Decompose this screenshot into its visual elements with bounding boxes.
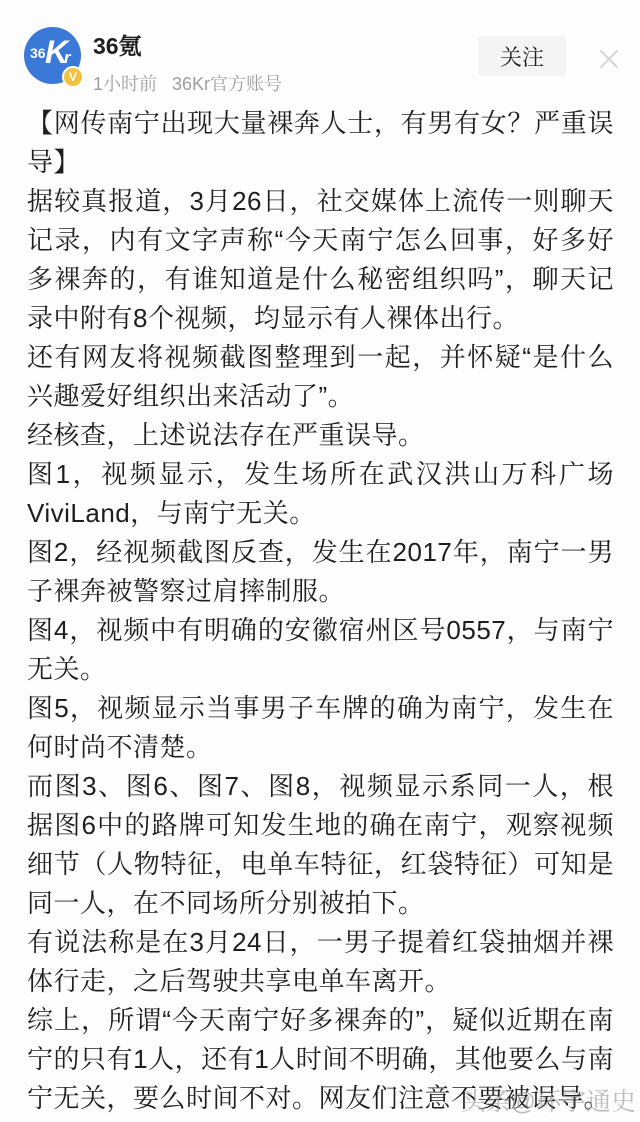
follow-button[interactable]: 关注 bbox=[478, 36, 566, 76]
post-title: 【网传南宁出现大量裸奔人士，有男有女？严重误导】 bbox=[27, 104, 614, 182]
avatar-brand-number: 36 bbox=[30, 45, 46, 61]
close-icon[interactable] bbox=[596, 46, 622, 72]
post-timestamp: 1小时前 bbox=[93, 70, 157, 96]
account-name[interactable]: 36氪 bbox=[93, 28, 282, 61]
post-paragraph: 图4，视频中有明确的安徽宿州区号0557，与南宁无关。 bbox=[27, 611, 614, 689]
close-icon-glyph bbox=[597, 47, 621, 71]
post-paragraph: 而图3、图6、图7、图8，视频显示系同一人，根据图6中的路牌可知发生地的确在南宁… bbox=[27, 767, 614, 923]
post-paragraph: 图5，视频显示当事男子车牌的确为南宁，发生在何时尚不清楚。 bbox=[27, 689, 614, 767]
post-paragraph: 图2，经视频截图反查，发生在2017年，南宁一男子裸奔被警察过肩摔制服。 bbox=[27, 533, 614, 611]
verified-badge-icon: V bbox=[62, 66, 84, 88]
account-meta: 1小时前 36Kr官方账号 bbox=[93, 70, 282, 96]
post-paragraph: 综上，所谓“今天南宁好多裸奔的”，疑似近期在南宁的只有1人，还有1人时间不明确，… bbox=[27, 1001, 614, 1118]
post-card: 36 K r V 36氪 1小时前 36Kr官方账号 关注 【网传南宁出现大量裸… bbox=[0, 0, 640, 1122]
user-info: 36氪 1小时前 36Kr官方账号 bbox=[93, 28, 282, 96]
post-header: 36 K r V 36氪 1小时前 36Kr官方账号 关注 bbox=[0, 0, 640, 100]
post-paragraph: 图1，视频显示，发生场所在武汉洪山万科广场ViviLand，与南宁无关。 bbox=[27, 455, 614, 533]
avatar-brand-r: r bbox=[64, 48, 71, 68]
post-paragraph: 还有网友将视频截图整理到一起，并怀疑“是什么兴趣爱好组织出来活动了”。 bbox=[27, 338, 614, 416]
post-paragraph: 经核查，上述说法存在严重误导。 bbox=[27, 416, 614, 455]
post-paragraph: 有说法称是在3月24日，一男子提着红袋抽烟并裸体行走，之后驾驶共享电单车离开。 bbox=[27, 923, 614, 1001]
post-paragraph: 据较真报道，3月26日，社交媒体上流传一则聊天记录，内有文字声称“今天南宁怎么回… bbox=[27, 182, 614, 338]
avatar[interactable]: 36 K r V bbox=[24, 27, 81, 84]
account-type-label: 36Kr官方账号 bbox=[172, 70, 282, 96]
post-body: 【网传南宁出现大量裸奔人士，有男有女？严重误导】 据较真报道，3月26日，社交媒… bbox=[0, 100, 640, 1118]
